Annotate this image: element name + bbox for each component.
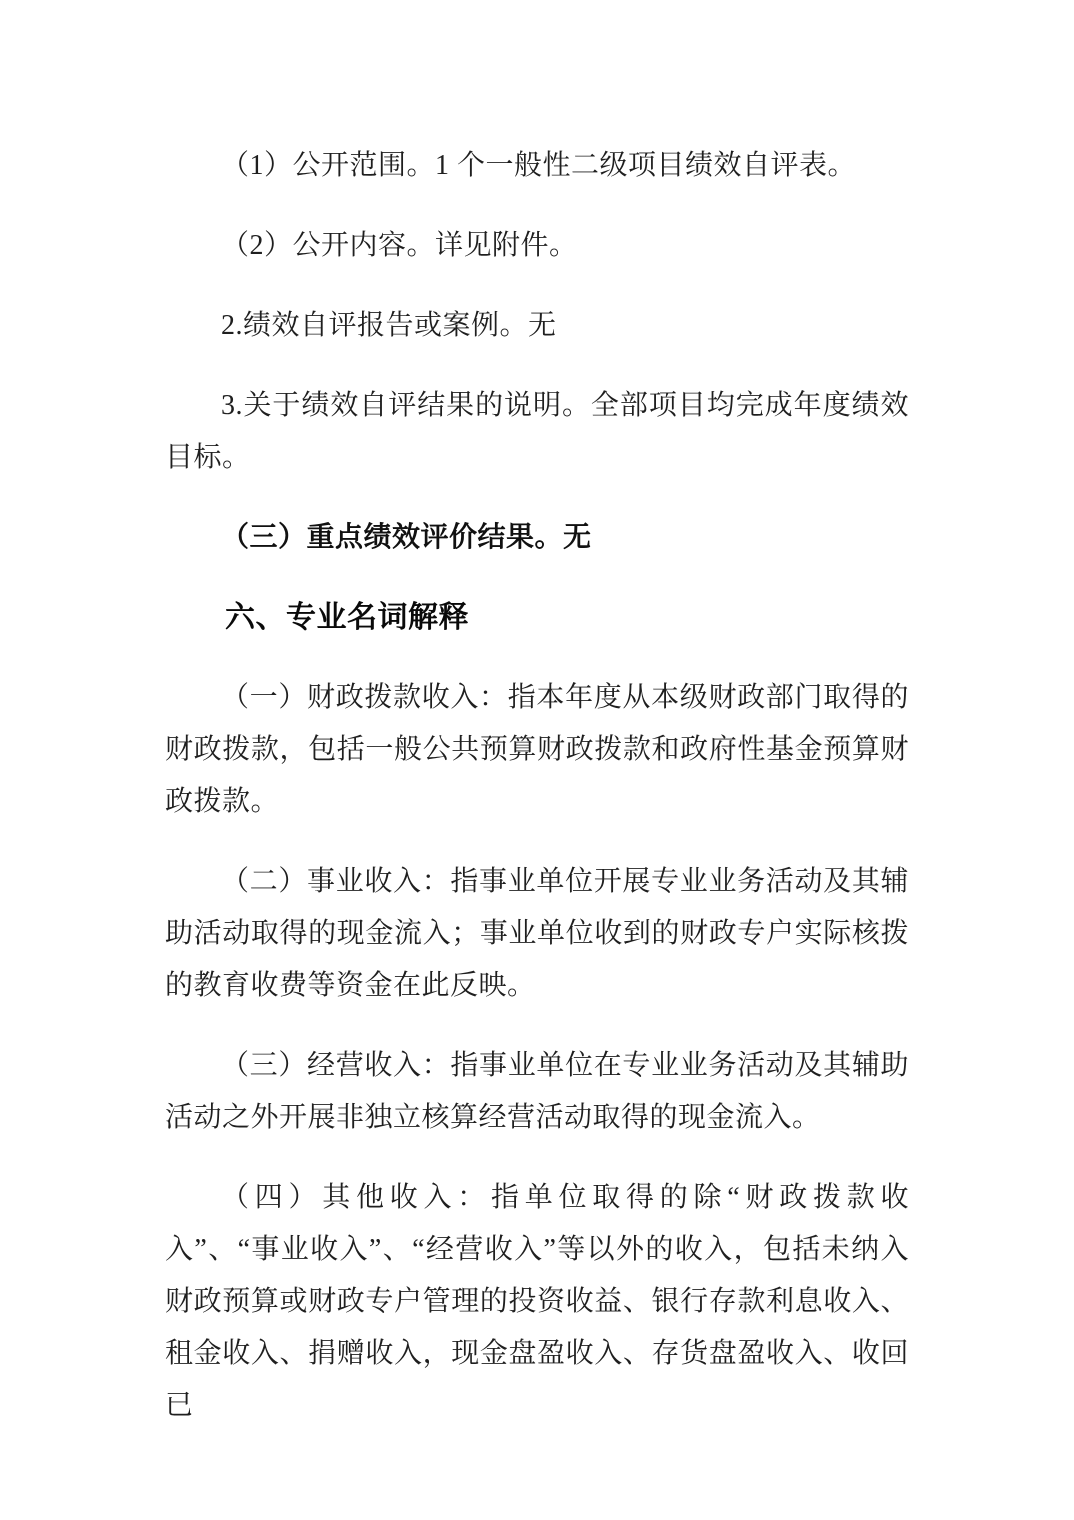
subsection-key-performance-result: （三）重点绩效评价结果。无: [165, 512, 909, 564]
paragraph-term-other-income: （四）其他收入：指单位取得的除“财政拨款收入”、“事业收入”、“经营收入”等以外…: [165, 1172, 909, 1432]
paragraph-public-content: （2）公开内容。详见附件。: [165, 220, 909, 272]
paragraph-term-institution-income: （二）事业收入：指事业单位开展专业业务活动及其辅助活动取得的现金流入；事业单位收…: [165, 856, 909, 1012]
paragraph-term-operating-income: （三）经营收入：指事业单位在专业业务活动及其辅助活动之外开展非独立核算经营活动取…: [165, 1040, 909, 1144]
section-heading-terminology: 六、专业名词解释: [165, 592, 909, 644]
paragraph-public-scope: （1）公开范围。1 个一般性二级项目绩效自评表。: [165, 140, 909, 192]
document-page: （1）公开范围。1 个一般性二级项目绩效自评表。 （2）公开内容。详见附件。 2…: [0, 0, 1074, 1520]
paragraph-self-eval-result-note: 3.关于绩效自评结果的说明。全部项目均完成年度绩效目标。: [165, 380, 909, 484]
paragraph-term-fiscal-appropriation-income: （一）财政拨款收入：指本年度从本级财政部门取得的财政拨款，包括一般公共预算财政拨…: [165, 672, 909, 828]
paragraph-self-eval-report: 2.绩效自评报告或案例。无: [165, 300, 909, 352]
